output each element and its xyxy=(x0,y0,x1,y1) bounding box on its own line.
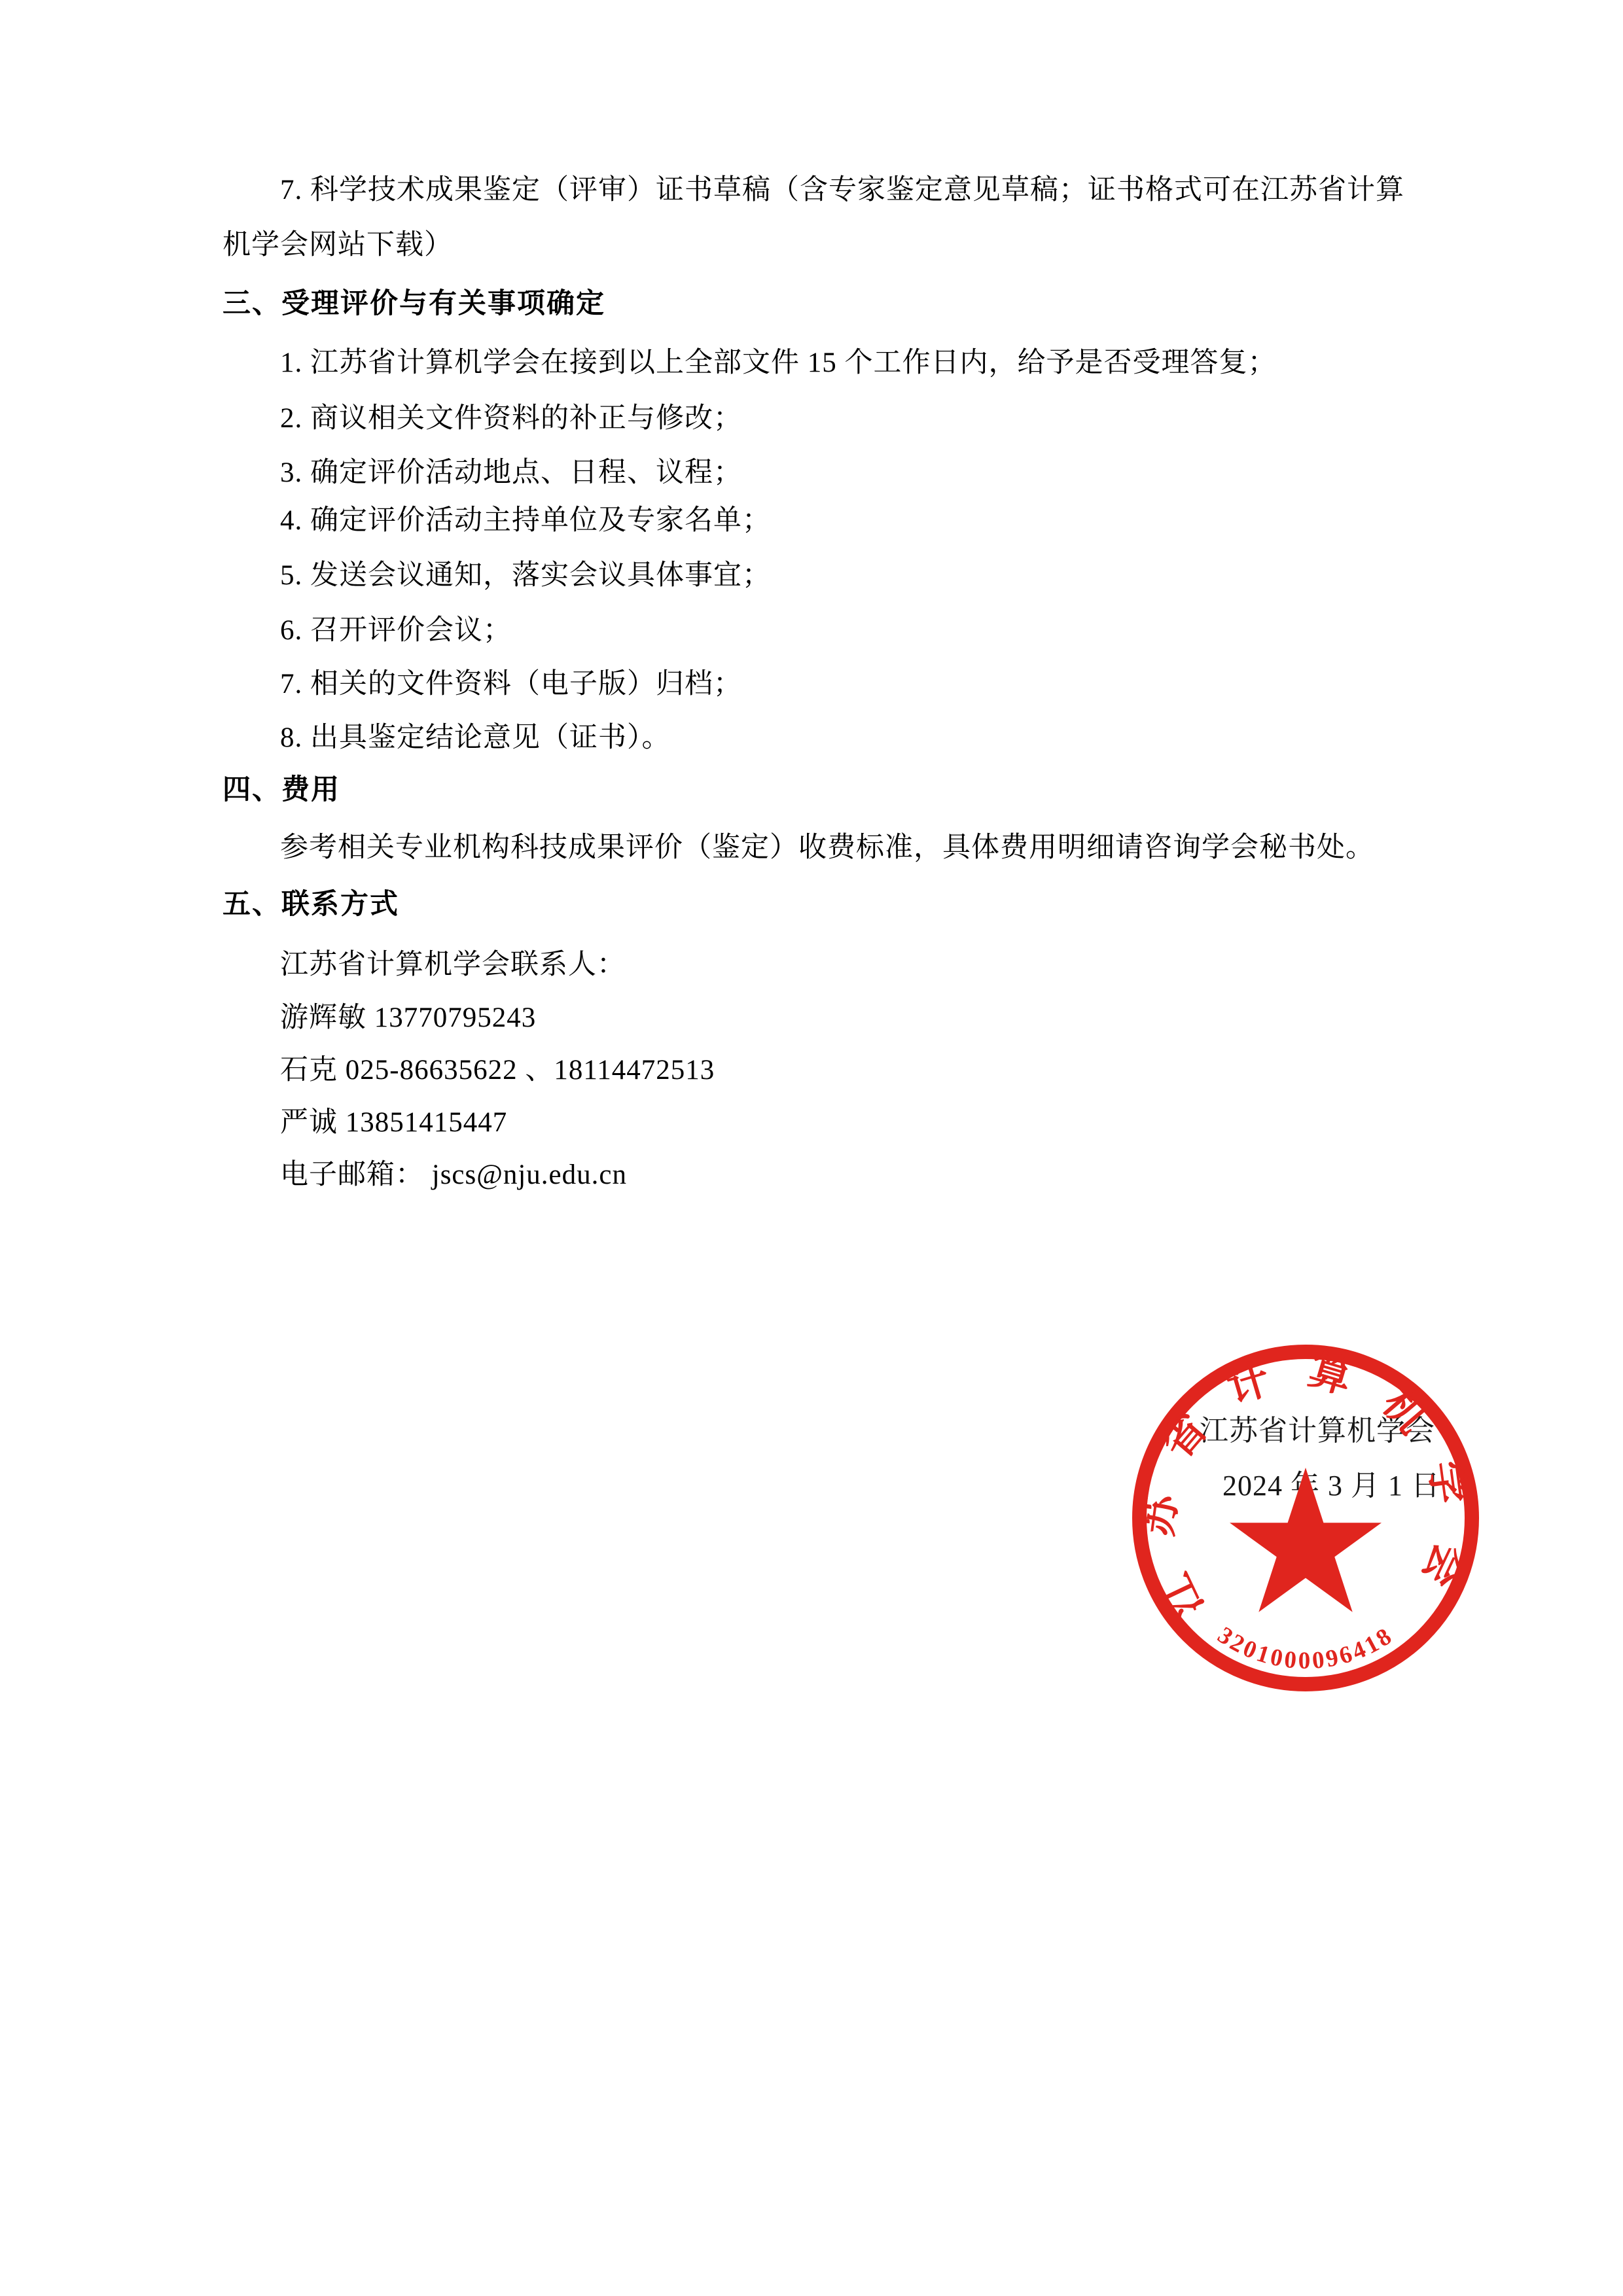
list-item: 4. 确定评价活动主持单位及专家名单； xyxy=(223,503,1497,539)
contact-email-line: 电子邮箱： jscs@nju.edu.cn xyxy=(223,1157,1497,1193)
official-seal-stamp: 江苏省计算机学会 3201000096418 xyxy=(1122,1335,1489,1701)
section-heading: 三、受理评价与有关事项确定 xyxy=(223,286,1440,323)
section-heading: 五、联系方式 xyxy=(223,887,1440,923)
paragraph-line: 机学会网站下载） xyxy=(223,227,1440,264)
contact-line: 江苏省计算机学会联系人： xyxy=(223,947,1497,983)
seal-star-icon xyxy=(1230,1468,1382,1612)
list-item: 8. 出具鉴定结论意见（证书）。 xyxy=(223,720,1497,756)
list-item: 3. 确定评价活动地点、日程、议程； xyxy=(223,455,1497,491)
document-page: 7. 科学技术成果鉴定（评审）证书草稿（含专家鉴定意见草稿；证书格式可在江苏省计… xyxy=(0,0,1623,2296)
contact-line: 石克 025-86635622 、18114472513 xyxy=(223,1052,1497,1089)
contact-line: 严诚 13851415447 xyxy=(223,1104,1497,1141)
list-item: 6. 召开评价会议； xyxy=(223,612,1497,649)
paragraph-line: 参考相关专业机构科技成果评价（鉴定）收费标准，具体费用明细请咨询学会秘书处。 xyxy=(223,830,1497,866)
list-item: 7. 相关的文件资料（电子版）归档； xyxy=(223,666,1497,703)
section-heading: 四、费用 xyxy=(223,772,1440,809)
list-item: 1. 江苏省计算机学会在接到以上全部文件 15 个工作日内，给予是否受理答复； xyxy=(223,345,1497,381)
list-item: 2. 商议相关文件资料的补正与修改； xyxy=(223,400,1497,437)
paragraph-line: 7. 科学技术成果鉴定（评审）证书草稿（含专家鉴定意见草稿；证书格式可在江苏省计… xyxy=(223,172,1497,209)
list-item: 5. 发送会议通知，落实会议具体事宜； xyxy=(223,557,1497,594)
contact-line: 游辉敏 13770795243 xyxy=(223,1000,1497,1036)
